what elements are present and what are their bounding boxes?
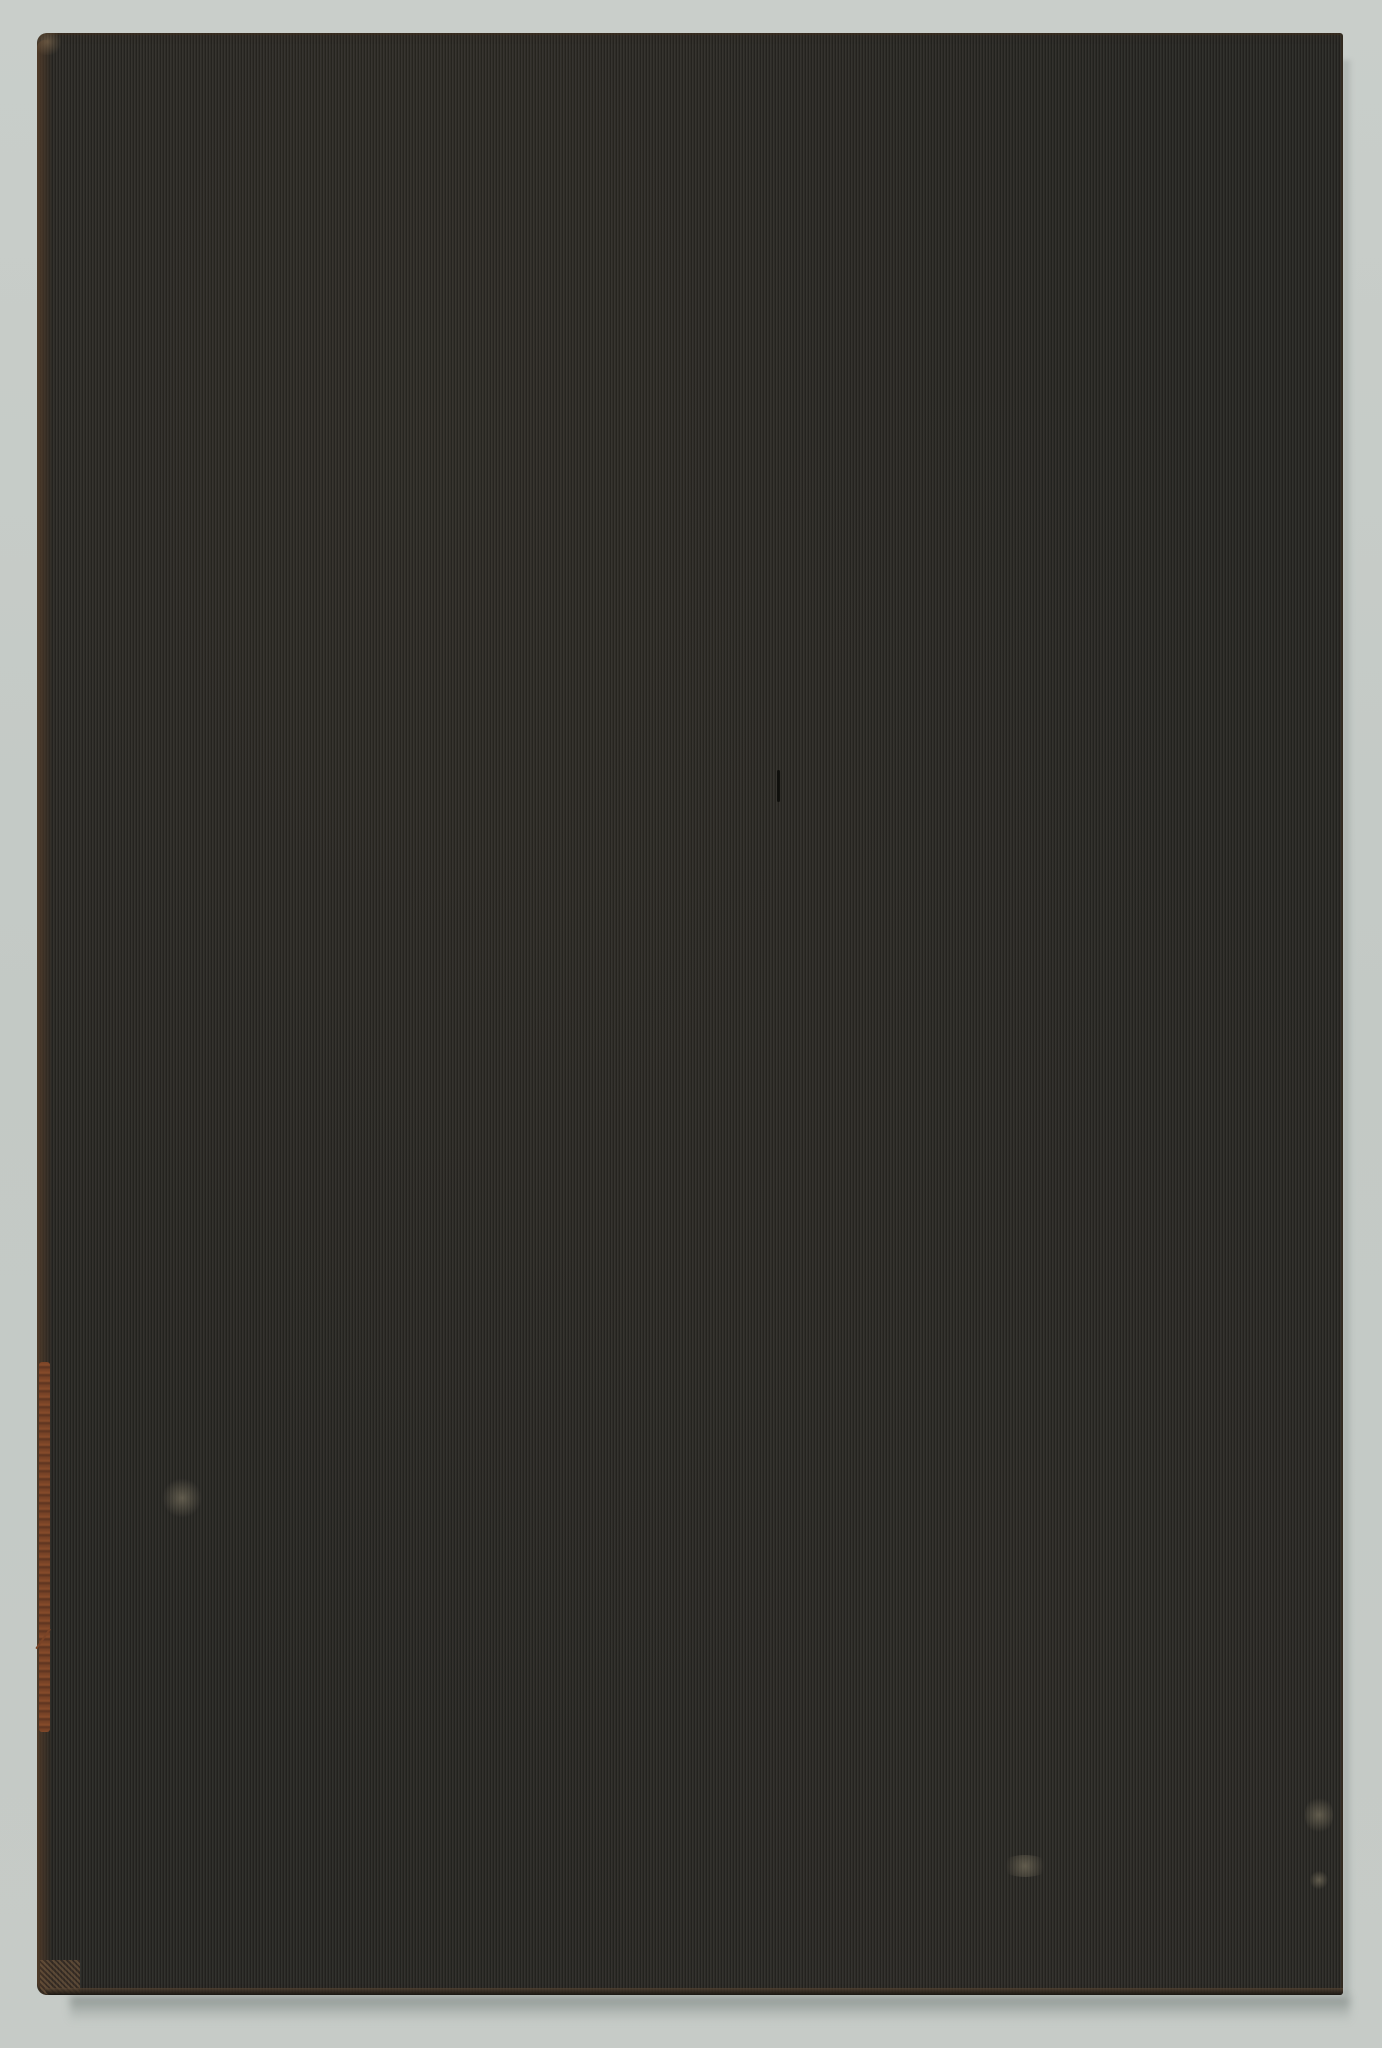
dark-mark <box>777 770 780 802</box>
book-cover <box>37 33 1343 1995</box>
bottom-edge <box>45 1988 1343 1995</box>
corner-wear-top-left <box>37 33 63 55</box>
scuff-mark <box>1310 1870 1328 1890</box>
scuff-mark <box>1305 1795 1333 1835</box>
scuff-mark <box>162 1478 202 1518</box>
book-shadow <box>70 1996 1350 2022</box>
book-shadow-right <box>1343 60 1353 1995</box>
frayed-spine-cloth <box>39 1362 50 1732</box>
scuff-mark <box>1000 1855 1050 1877</box>
